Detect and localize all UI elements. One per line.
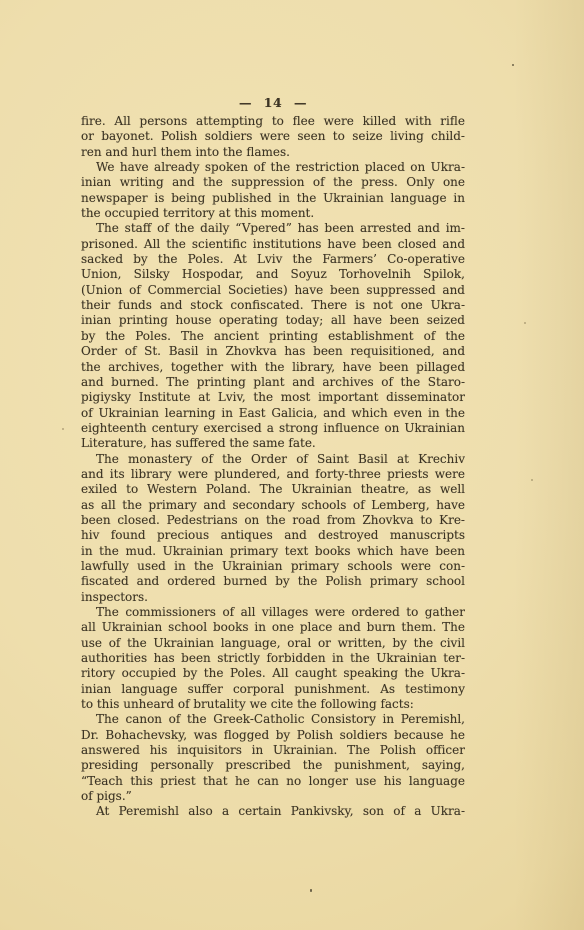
text-line: The commissioners of all villages were o… (81, 605, 465, 620)
text-line: At Peremishl also a certain Pankivsky, s… (81, 804, 465, 819)
text-line: The monastery of the Order of Saint Basi… (81, 452, 465, 467)
text-line: the archives, together with the library,… (81, 360, 465, 375)
text-line: hiv found precious antiques and destroye… (81, 528, 465, 543)
text-line: to this unheard of brutality we cite the… (81, 697, 465, 712)
text-line: Union, Silsky Hospodar, and Soyuz Torhov… (81, 267, 465, 282)
text-line: all Ukrainian school books in one place … (81, 620, 465, 635)
text-line: Dr. Bohachevsky, was flogged by Polish s… (81, 728, 465, 743)
scan-speck (512, 64, 514, 66)
text-line: or bayonet. Polish soldiers were seen to… (81, 129, 465, 144)
text-line: We have already spoken of the restrictio… (81, 160, 465, 175)
text-line: lawfully used in the Ukrainian primary s… (81, 559, 465, 574)
text-line: and burned. The printing plant and archi… (81, 375, 465, 390)
text-line: “Teach this priest that he can no longer… (81, 774, 465, 789)
text-line: as all the primary and secondary schools… (81, 498, 465, 513)
text-line: answered his inquisitors in Ukrainian. T… (81, 743, 465, 758)
text-line: ren and hurl them into the flames. (81, 145, 465, 160)
text-line: by the Poles. The ancient printing estab… (81, 329, 465, 344)
text-line: the occupied territory at this moment. (81, 206, 465, 221)
text-line: sacked by the Poles. At Lviv the Farmers… (81, 252, 465, 267)
text-line: ritory occupied by the Poles. All caught… (81, 666, 465, 681)
text-line: Literature, has suffered the same fate. (81, 436, 465, 451)
book-page: — 14 — fire. All persons attempting to f… (0, 0, 584, 930)
page-number: — 14 — (81, 95, 465, 110)
text-line: of pigs.” (81, 789, 465, 804)
text-line: inian language suffer corporal punishmen… (81, 682, 465, 697)
scanned-page: { "page": { "header": "— 14 —", "number"… (0, 0, 584, 930)
text-line: fiscated and ordered burned by the Polis… (81, 574, 465, 589)
text-line: newspaper is being published in the Ukra… (81, 191, 465, 206)
text-line: authorities has been strictly forbidden … (81, 651, 465, 666)
page-text: fire. All persons attempting to flee wer… (81, 114, 465, 820)
text-line: of Ukrainian learning in East Galicia, a… (81, 406, 465, 421)
text-line: exiled to Western Poland. The Ukrainian … (81, 482, 465, 497)
text-line: pigiysky Institute at Lviv, the most imp… (81, 390, 465, 405)
text-line: fire. All persons attempting to flee wer… (81, 114, 465, 129)
scan-speck (524, 322, 526, 324)
text-line: prisoned. All the scientific institution… (81, 237, 465, 252)
text-line: in the mud. Ukrainian primary text books… (81, 544, 465, 559)
text-line: Order of St. Basil in Zhovkva has been r… (81, 344, 465, 359)
text-line: The canon of the Greek-Catholic Consisto… (81, 712, 465, 727)
scan-speck (62, 428, 64, 430)
text-line: inian writing and the suppression of the… (81, 175, 465, 190)
text-line: been closed. Pedestrians on the road fro… (81, 513, 465, 528)
text-line: inspectors. (81, 590, 465, 605)
text-line: use of the Ukrainian language, oral or w… (81, 636, 465, 651)
scan-speck (531, 479, 533, 481)
text-line: eighteenth century exercised a strong in… (81, 421, 465, 436)
text-line: and its library were plundered, and fort… (81, 467, 465, 482)
text-line: inian printing house operating today; al… (81, 313, 465, 328)
text-line: presiding personally prescribed the puni… (81, 758, 465, 773)
scan-speck (310, 889, 312, 892)
text-line: their funds and stock confiscated. There… (81, 298, 465, 313)
text-line: The staff of the daily “Vpered” has been… (81, 221, 465, 236)
text-line: (Union of Commercial Societies) have bee… (81, 283, 465, 298)
